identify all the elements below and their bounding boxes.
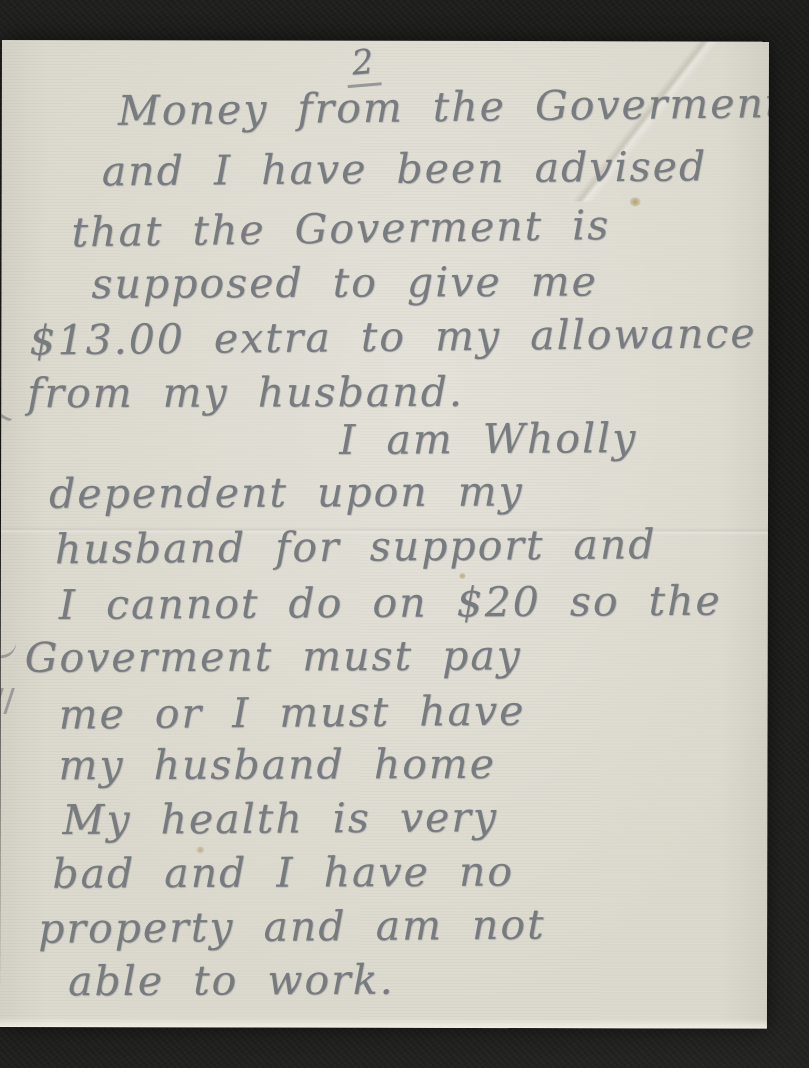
handwritten-line: able to work.: [68, 956, 395, 1007]
handwritten-line: Money from the Goverment: [118, 79, 769, 136]
handwritten-line: I am Wholly: [339, 414, 638, 465]
handwritten-line: dependent upon my: [49, 467, 524, 519]
handwritten-line: supposed to give me: [91, 257, 598, 309]
page-number: 2: [344, 41, 381, 88]
handwritten-line: I cannot do on $20 so the: [59, 577, 722, 631]
paper-stain: [459, 573, 466, 579]
handwritten-line: from my husband.: [27, 368, 464, 419]
handwritten-line: My health is very: [62, 793, 498, 845]
handwritten-line: me or I must have: [58, 687, 525, 740]
handwritten-line: property and am not: [38, 900, 546, 953]
photo-background: 2 Money from the Goverment and I have be…: [0, 0, 809, 1068]
letter-page: 2 Money from the Goverment and I have be…: [0, 40, 769, 1029]
paper-stain: [196, 846, 204, 853]
stray-pencil-mark: [0, 388, 21, 422]
stray-pencil-mark: [0, 636, 18, 660]
handwritten-line: my husband home: [58, 740, 496, 791]
stray-pencil-mark: [0, 688, 15, 714]
handwritten-line: bad and I have no: [52, 847, 514, 898]
paper-stain: [630, 197, 641, 206]
handwritten-line: Goverment must pay: [25, 631, 522, 683]
handwritten-line: that the Goverment is: [71, 201, 610, 258]
handwritten-line: husband for support and: [55, 520, 657, 574]
handwritten-line: and I have been advised: [102, 142, 708, 196]
handwritten-line: $13.00 extra to my allowance: [29, 309, 757, 366]
